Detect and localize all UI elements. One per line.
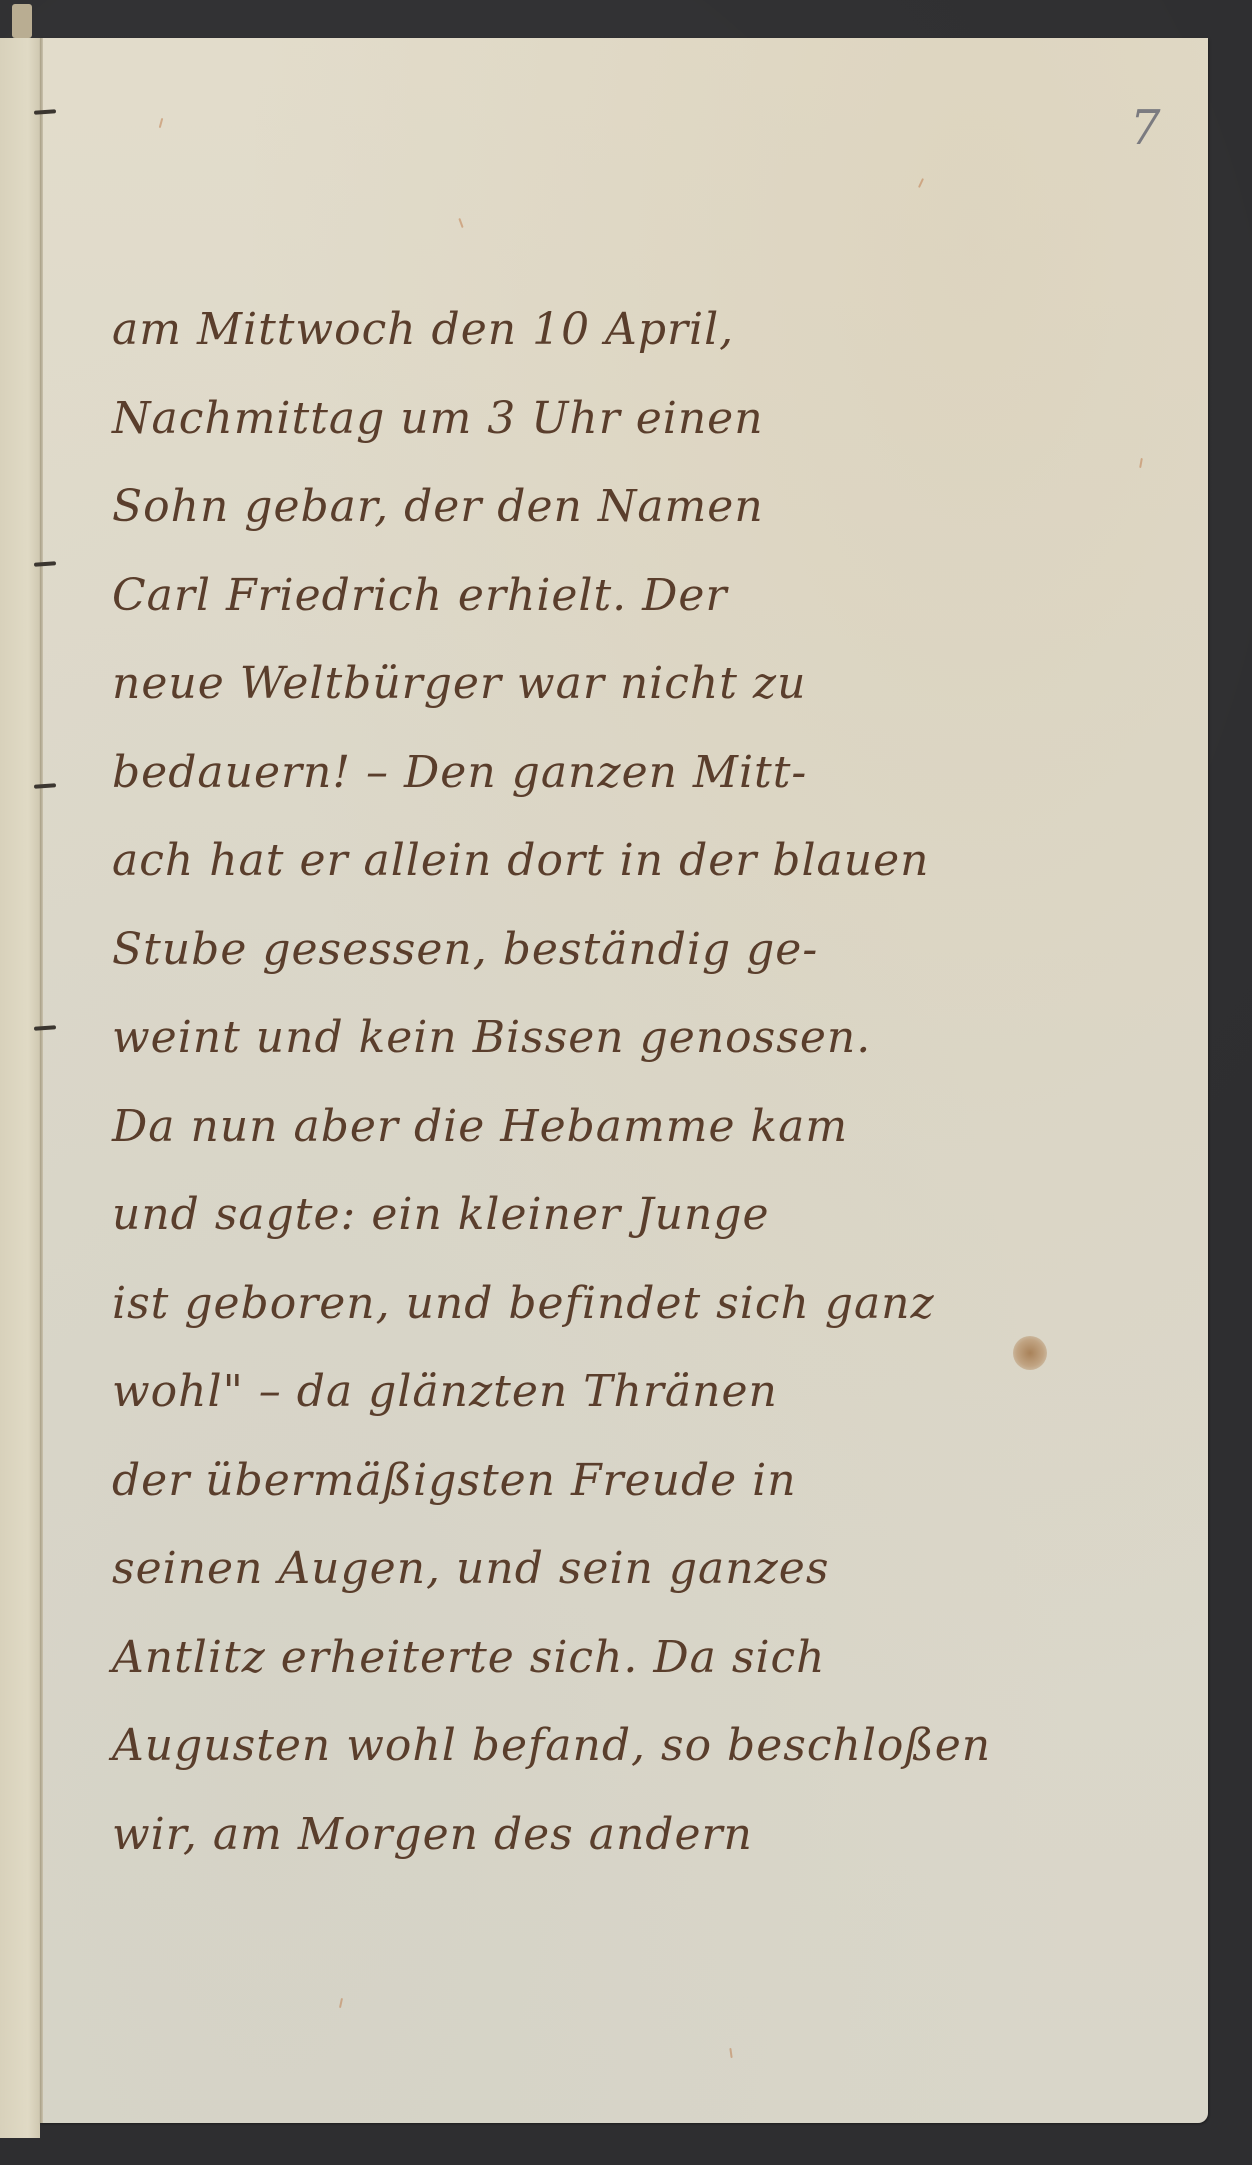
handwritten-text: am Mittwoch den 10 April, Nachmittag um …: [112, 286, 1172, 1879]
text-line: wir, am Morgen des andern: [112, 1791, 1172, 1880]
binding-scrap: [12, 4, 32, 38]
text-line: Augusten wohl befand, so beschloßen: [112, 1702, 1172, 1791]
text-line: am Mittwoch den 10 April,: [112, 286, 1172, 375]
text-line: wohl" – da glänzten Thränen: [112, 1348, 1172, 1437]
text-line: ist geboren, und befindet sich ganz: [112, 1260, 1172, 1349]
text-line: Carl Friedrich erhielt. Der: [112, 552, 1172, 641]
page-number: 7: [1130, 100, 1161, 156]
binding-gutter: [40, 38, 43, 2123]
text-line: Nachmittag um 3 Uhr einen: [112, 375, 1172, 464]
binding-stitch-mark: [34, 1025, 56, 1031]
text-line: Sohn gebar, der den Namen: [112, 463, 1172, 552]
text-line: neue Weltbürger war nicht zu: [112, 640, 1172, 729]
binding-stitch-mark: [34, 783, 56, 789]
manuscript-page: 7 am Mittwoch den 10 April, Nachmittag u…: [40, 38, 1208, 2123]
binding-stitch-mark: [34, 109, 56, 115]
paper-fleck: [339, 1998, 343, 2008]
text-line: der übermäßigsten Freude in: [112, 1437, 1172, 1526]
text-line: weint und kein Bissen genossen.: [112, 994, 1172, 1083]
text-line: bedauern! – Den ganzen Mitt-: [112, 729, 1172, 818]
paper-fleck: [458, 218, 463, 228]
paper-fleck: [918, 178, 924, 188]
text-line: und sagte: ein kleiner Junge: [112, 1171, 1172, 1260]
text-line: ach hat er allein dort in der blauen: [112, 817, 1172, 906]
text-line: Stube gesessen, beständig ge-: [112, 906, 1172, 995]
text-line: Antlitz erheiterte sich. Da sich: [112, 1614, 1172, 1703]
binding-stitch-mark: [34, 561, 56, 567]
previous-page-edge: [0, 38, 40, 2138]
text-line: Da nun aber die Hebamme kam: [112, 1083, 1172, 1172]
text-line: seinen Augen, und sein ganzes: [112, 1525, 1172, 1614]
paper-fleck: [159, 118, 164, 128]
paper-fleck: [729, 2048, 732, 2058]
